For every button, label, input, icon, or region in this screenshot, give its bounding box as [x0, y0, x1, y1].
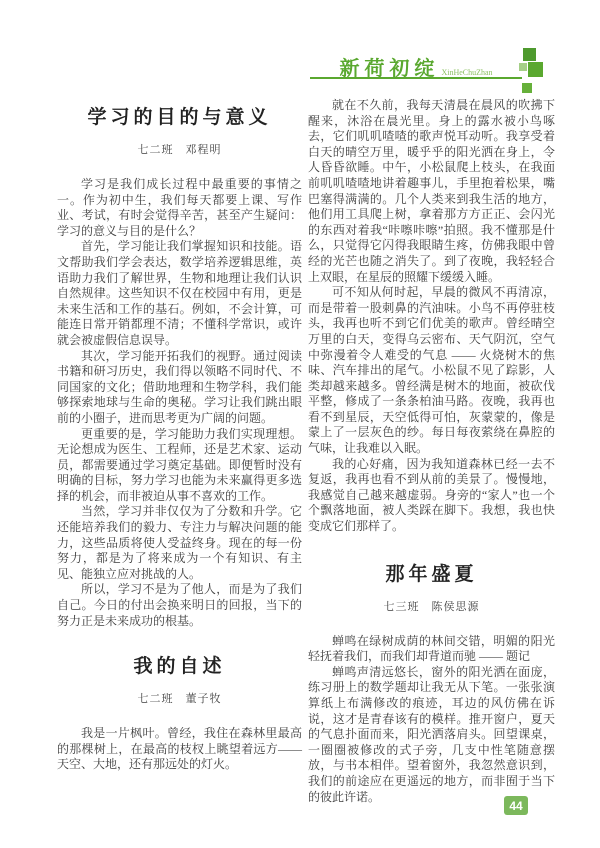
logo-pixel-square-icon — [519, 63, 527, 71]
article-author: 七二班 邓程明 — [57, 141, 302, 157]
article-title: 我的自述 — [57, 651, 302, 678]
article-body: 蝉鸣在绿树成荫的林间交错，明媚的阳光轻抚着我们，而我们却背道而驰 —— 题记 蝉… — [308, 634, 555, 806]
paragraph: 可不知从何时起，早晨的微风不再清凉，而是带着一股刺鼻的汽油味。小鸟不再停驻枝头，… — [308, 285, 555, 457]
article-summer: 那年盛夏 七三班 陈侯思源 蝉鸣在绿树成荫的林间交错，明媚的阳光轻抚着我们，而我… — [308, 559, 555, 806]
paragraph: 当然，学习并非仅仅为了分数和升学。它还能培养我们的毅力、专注力与解决问题的能力，… — [57, 504, 302, 582]
logo-pixel-square-icon — [522, 83, 532, 93]
left-column: 学习的目的与意义 七二班 邓程明 学习是我们成长过程中最重要的事情之一。作为初中… — [57, 90, 302, 773]
paragraph: 所以，学习不是为了他人，而是为了我们自己。今日的付出会换来明日的回报，当下的努力… — [57, 582, 302, 629]
magazine-subtitle: XinHeChuZhan — [441, 68, 492, 77]
magazine-page: 新荷初绽XinHeChuZhan 学习的目的与意义 七二班 邓程明 学习是我们成… — [0, 0, 600, 848]
article-body: 我是一片枫叶。曾经，我住在森林里最高的那棵树上，在最高的枝杈上眺望着远方——天空… — [57, 726, 302, 773]
article-title: 那年盛夏 — [308, 559, 555, 586]
paragraph: 其次，学习能开拓我们的视野。通过阅读书籍和研习历史，我们得以领略不同时代、不同国… — [57, 349, 302, 427]
right-column: 就在不久前，我每天清晨在晨风的吹拂下醒来，沐浴在晨光里。身上的露水被小鸟啄去，它… — [308, 98, 555, 805]
paragraph: 首先，学习能让我们掌握知识和技能。语文帮助我们学会表达，数学培养逻辑思维，英语助… — [57, 239, 302, 348]
article-author: 七三班 陈侯思源 — [308, 598, 555, 614]
article-author: 七二班 董子牧 — [57, 690, 302, 706]
logo-pixel-square-icon — [528, 62, 543, 77]
article-body: 学习是我们成长过程中最重要的事情之一。作为初中生，我们每天都要上课、写作业、考试… — [57, 177, 302, 629]
paragraph: 我是一片枫叶。曾经，我住在森林里最高的那棵树上，在最高的枝杈上眺望着远方——天空… — [57, 726, 302, 773]
page-number-badge: 44 — [504, 796, 528, 815]
paragraph: 就在不久前，我每天清晨在晨风的吹拂下醒来，沐浴在晨光里。身上的露水被小鸟啄去，它… — [308, 98, 555, 285]
article-learning: 学习的目的与意义 七二班 邓程明 学习是我们成长过程中最重要的事情之一。作为初中… — [57, 102, 302, 629]
paragraph: 我的心好痛，因为我知道森林已经一去不复返，我再也看不到从前的美景了。慢慢地，我感… — [308, 457, 555, 535]
paragraph: 学习是我们成长过程中最重要的事情之一。作为初中生，我们每天都要上课、写作业、考试… — [57, 177, 302, 239]
paragraph: 更重要的是，学习能助力我们实现理想。无论想成为医生、工程师，还是艺术家、运动员，… — [57, 427, 302, 505]
article-self-continued: 就在不久前，我每天清晨在晨风的吹拂下醒来，沐浴在晨光里。身上的露水被小鸟啄去，它… — [308, 98, 555, 535]
article-self: 我的自述 七二班 董子牧 我是一片枫叶。曾经，我住在森林里最高的那棵树上，在最高… — [57, 651, 302, 773]
article-title: 学习的目的与意义 — [57, 102, 302, 129]
logo-pixel-square-icon — [523, 48, 536, 61]
epigraph: 蝉鸣在绿树成荫的林间交错，明媚的阳光轻抚着我们，而我们却背道而驰 —— 题记 — [308, 634, 555, 665]
paragraph: 蝉鸣声清远悠长，窗外的阳光洒在面庞，练习册上的数学题却让我无从下笔。一张张演算纸… — [308, 665, 555, 805]
masthead-rule — [310, 77, 522, 79]
